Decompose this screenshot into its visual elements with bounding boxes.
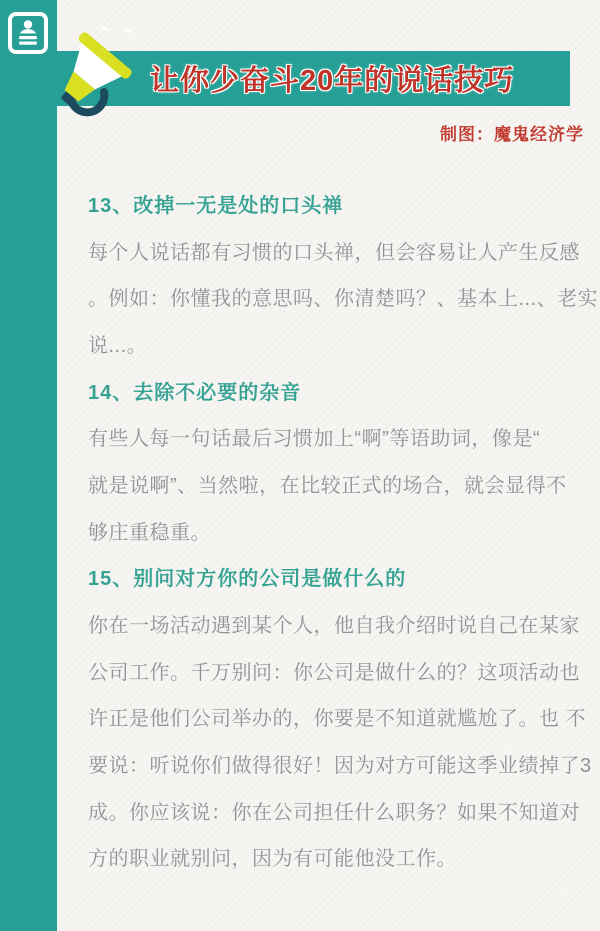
- body-line: 你在一场活动遇到某个人，他自我介绍时说自己在某家: [88, 600, 580, 647]
- left-stripe: [0, 0, 57, 931]
- body-line: 说...。: [88, 320, 580, 367]
- body-line: 成。你应该说：你在公司担任什么职务？如果不知道对: [88, 787, 580, 834]
- body-line: 够庄重稳重。: [88, 507, 580, 554]
- section-heading: 14、去除不必要的杂音: [88, 367, 580, 414]
- contact-card-icon: [8, 12, 48, 54]
- body-line: 就是说啊”、当然啦，在比较正式的场合，就会显得不: [88, 460, 580, 507]
- body-line: 每个人说话都有习惯的口头禅，但会容易让人产生反感: [88, 227, 580, 274]
- body-line: 许正是他们公司举办的，你要是不知道就尴尬了。也 不: [88, 694, 580, 741]
- body-line: 有些人每一句话最后习惯加上“啊”等语助词，像是“: [88, 413, 580, 460]
- credit-text: 制图：魔鬼经济学: [440, 120, 584, 145]
- body-line: 。例如：你懂我的意思吗、你清楚吗？、基本上...、老实: [88, 273, 580, 320]
- section-heading: 15、别问对方你的公司是做什么的: [88, 554, 580, 601]
- body-line: 要说：听说你们做得很好！因为对方可能这季业绩掉了3: [88, 740, 580, 787]
- body-line: 方的职业就别问，因为有可能他没工作。: [88, 834, 580, 881]
- megaphone-icon: [46, 18, 146, 118]
- section-heading: 13、改掉一无是处的口头禅: [88, 180, 580, 227]
- body-line: 公司工作。千万别问：你公司是做什么的？这项活动也: [88, 647, 580, 694]
- content-sections: 13、改掉一无是处的口头禅每个人说话都有习惯的口头禅，但会容易让人产生反感。例如…: [88, 180, 580, 880]
